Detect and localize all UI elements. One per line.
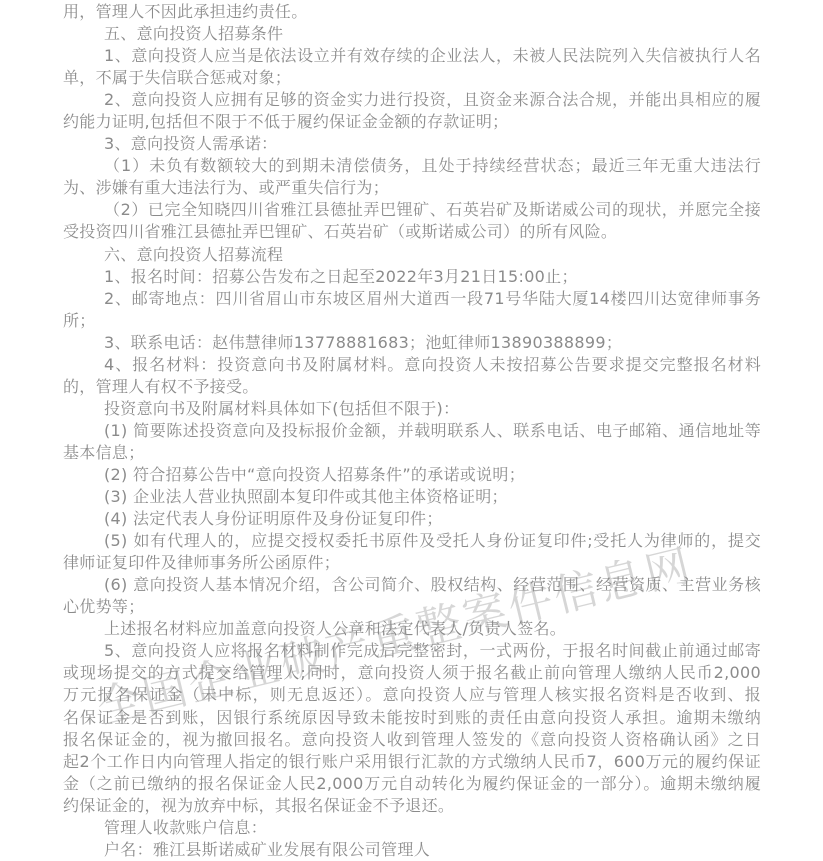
text-line: 五、意向投资人招募条件 (63, 23, 761, 45)
text-line: 1、报名时间：招募公告发布之日起至2022年3月21日15:00止； (63, 266, 761, 288)
document-text: 用，管理人不因此承担违约责任。五、意向投资人招募条件1、意向投资人应当是依法设立… (63, 1, 761, 861)
text-line: 户名：雅江县斯诺威矿业发展有限公司管理人 (63, 839, 761, 861)
text-line: 或现场提交的方式提交给管理人;同时，意向投资人须于报名截止前向管理人缴纳人民币2… (63, 662, 761, 684)
text-line: 上述报名材料应加盖意向投资人公章和法定代表人/负责人签名。 (63, 618, 761, 640)
text-line: 为、涉嫌有重大违法行为、或严重失信行为； (63, 177, 761, 199)
text-line: 4、报名材料：投资意向书及附属材料。意向投资人未按招募公告要求提交完整报名材料 (63, 354, 761, 376)
text-line: (2) 符合招募公告中“意向投资人招募条件”的承诺或说明； (63, 464, 761, 486)
text-line: 受投资四川省雅江县德扯弄巴锂矿、石英岩矿（或斯诺威公司）的所有风险。 (63, 221, 761, 243)
text-line: (4) 法定代表人身份证明原件及身份证复印件； (63, 508, 761, 530)
text-line: 约能力证明,包括但不限于不低于履约保证金金额的存款证明； (63, 111, 761, 133)
text-line: (3) 企业法人营业执照副本复印件或其他主体资格证明； (63, 486, 761, 508)
text-line: 基本信息； (63, 442, 761, 464)
text-line: 用，管理人不因此承担违约责任。 (63, 1, 761, 23)
document-page: 全国企业破产重整案件信息网 用，管理人不因此承担违约责任。五、意向投资人招募条件… (0, 0, 823, 861)
text-line: （1）未负有数额较大的到期未清偿债务，且处于持续经营状态；最近三年无重大违法行 (63, 155, 761, 177)
text-line: (6) 意向投资人基本情况介绍，含公司简介、股权结构、经营范围、经营资质、主营业… (63, 574, 761, 596)
text-line: 2、邮寄地点：四川省眉山市东坡区眉州大道西一段71号华陆大厦14楼四川达宽律师事… (63, 288, 761, 310)
text-line: 约保证金的，视为放弃中标，其报名保证金不予退还。 (63, 795, 761, 817)
text-line: 万元报名保证金（未中标，则无息返还）。意向投资人应与管理人核实报名资料是否收到、… (63, 684, 761, 706)
text-line: 的，管理人有权不予接受。 (63, 376, 761, 398)
text-line: 1、意向投资人应当是依法设立并有效存续的企业法人，未被人民法院列入失信被执行人名 (63, 45, 761, 67)
text-line: 报名保证金的，视为撤回报名。意向投资人收到管理人签发的《意向投资人资格确认函》之… (63, 729, 761, 751)
text-line: (5) 如有代理人的，应提交授权委托书原件及受托人身份证复印件;受托人为律师的，… (63, 530, 761, 552)
text-line: （2）已完全知晓四川省雅江县德扯弄巴锂矿、石英岩矿及斯诺威公司的现状，并愿完全接 (63, 199, 761, 221)
text-line: 投资意向书及附属材料具体如下(包括但不限于)： (63, 398, 761, 420)
text-line: 起2个工作日内向管理人指定的银行账户采用银行汇款的方式缴纳人民币7，600万元的… (63, 751, 761, 773)
text-line: 律师证复印件及律师事务所公函原件； (63, 552, 761, 574)
text-line: 单，不属于失信联合惩戒对象； (63, 67, 761, 89)
text-line: 2、意向投资人应拥有足够的资金实力进行投资，且资金来源合法合规，并能出具相应的履 (63, 89, 761, 111)
text-line: 心优势等； (63, 596, 761, 618)
text-line: 5、意向投资人应将报名材料制作完成后完整密封，一式两份，于报名时间截止前通过邮寄 (63, 640, 761, 662)
text-line: 六、意向投资人招募流程 (63, 244, 761, 266)
text-line: 名保证金是否到账，因银行系统原因导致未能按时到账的责任由意向投资人承担。逾期未缴… (63, 707, 761, 729)
text-line: 3、联系电话：赵伟慧律师13778881683；池虹律师13890388899； (63, 332, 761, 354)
text-line: 3、意向投资人需承诺： (63, 133, 761, 155)
text-line: 管理人收款账户信息： (63, 817, 761, 839)
text-line: 金（之前已缴纳的报名保证金人民2,000万元自动转化为履约保证金的一部分）。逾期… (63, 773, 761, 795)
text-line: 所； (63, 310, 761, 332)
text-line: (1) 简要陈述投资意向及投标报价金额，并载明联系人、联系电话、电子邮箱、通信地… (63, 420, 761, 442)
